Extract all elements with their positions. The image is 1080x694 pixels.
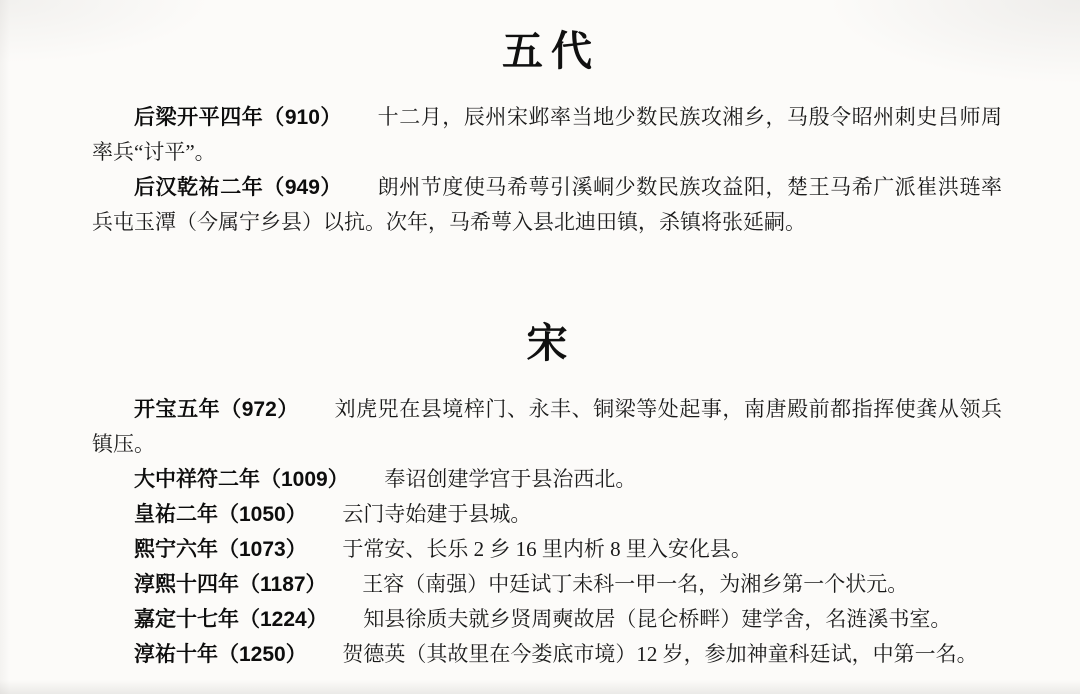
- entry-text: 云门寺始建于县城。: [342, 502, 531, 526]
- chronicle-entry: 熙宁六年（1073）于常安、长乐 2 乡 16 里内析 8 里入安化县。: [92, 532, 1002, 567]
- section-title: 五代: [92, 26, 1002, 76]
- entry-text: 王容（南强）中廷试丁未科一甲一名，为湘乡第一个状元。: [362, 572, 908, 596]
- entry-year-label: 皇祐二年（1050）: [134, 503, 307, 526]
- entry-year-label: 后汉乾祐二年（949）: [134, 176, 342, 199]
- chronicle-entry: 嘉定十七年（1224）知县徐质夫就乡贤周奭故居（昆仑桥畔）建学舍，名涟溪书室。: [92, 602, 1002, 637]
- entry-year-label: 开宝五年（972）: [134, 398, 299, 421]
- chronicle-entry: 淳熙十四年（1187）王容（南强）中廷试丁未科一甲一名，为湘乡第一个状元。: [92, 567, 1002, 602]
- chronicle-entry: 皇祐二年（1050）云门寺始建于县城。: [92, 497, 1002, 532]
- chronicle-entry: 淳祐十年（1250）贺德英（其故里在今娄底市境）12 岁，参加神童科廷试，中第一…: [92, 637, 1002, 672]
- entry-year-label: 淳熙十四年（1187）: [134, 573, 327, 596]
- chronicle-entry: 后梁开平四年（910）十二月，辰州宋邺率当地少数民族攻湘乡，马殷令昭州刺史吕师周…: [92, 100, 1002, 170]
- section-title: 宋: [92, 318, 1002, 368]
- document-page: 五代后梁开平四年（910）十二月，辰州宋邺率当地少数民族攻湘乡，马殷令昭州刺史吕…: [0, 0, 1080, 694]
- chronicle-entry: 大中祥符二年（1009）奉诏创建学宫于县治西北。: [92, 462, 1002, 497]
- entry-text: 贺德英（其故里在今娄底市境）12 岁，参加神童科廷试，中第一名。: [342, 642, 977, 666]
- chronicle-entry: 后汉乾祐二年（949）朗州节度使马希萼引溪峒少数民族攻益阳，楚王马希广派崔洪琏率…: [92, 170, 1002, 240]
- entry-year-label: 后梁开平四年（910）: [134, 106, 342, 129]
- entry-text: 奉诏创建学宫于县治西北。: [384, 467, 636, 491]
- entry-year-label: 熙宁六年（1073）: [134, 538, 307, 561]
- chronicle-sections: 五代后梁开平四年（910）十二月，辰州宋邺率当地少数民族攻湘乡，马殷令昭州刺史吕…: [92, 26, 1002, 672]
- entry-year-label: 嘉定十七年（1224）: [134, 608, 328, 631]
- entry-year-label: 大中祥符二年（1009）: [134, 468, 349, 491]
- entry-text: 知县徐质夫就乡贤周奭故居（昆仑桥畔）建学舍，名涟溪书室。: [363, 607, 951, 631]
- entry-year-label: 淳祐十年（1250）: [134, 643, 307, 666]
- chronicle-entry: 开宝五年（972）刘虎兕在县境梓门、永丰、铜梁等处起事，南唐殿前都指挥使龚从领兵…: [92, 392, 1002, 462]
- entry-text: 于常安、长乐 2 乡 16 里内析 8 里入安化县。: [342, 537, 752, 561]
- dynasty-section: 宋开宝五年（972）刘虎兕在县境梓门、永丰、铜梁等处起事，南唐殿前都指挥使龚从领…: [92, 318, 1002, 672]
- dynasty-section: 五代后梁开平四年（910）十二月，辰州宋邺率当地少数民族攻湘乡，马殷令昭州刺史吕…: [92, 26, 1002, 240]
